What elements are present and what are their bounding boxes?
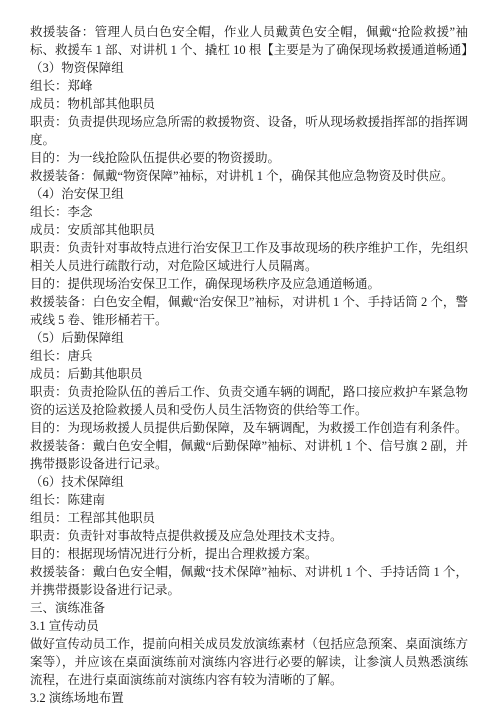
field-group-leader: 组长：郑峰 — [30, 77, 468, 95]
group-heading-material-support: （3）物资保障组 — [30, 59, 468, 77]
field-purpose: 目的：根据现场情况进行分析，提出合理救援方案。 — [30, 545, 468, 563]
field-duties: 职责：负责针对事故特点提供救援及应急处理技术支持。 — [30, 527, 468, 545]
group-heading-logistics: （5）后勤保障组 — [30, 329, 468, 347]
field-purpose: 目的：提供现场治安保卫工作，确保现场秩序及应急通道畅通。 — [30, 275, 468, 293]
field-rescue-equipment: 救援装备：佩戴“物资保障”袖标，对讲机 1 个，确保其他应急物资及时供应。 — [30, 167, 468, 185]
paragraph-publicity-body: 做好宣传动员工作，提前向相关成员发放演练素材（包括应急预案、桌面演练方案等），并… — [30, 635, 468, 689]
field-group-leader: 组长：唐兵 — [30, 347, 468, 365]
field-duties: 职责：负责针对事故特点进行治安保卫工作及事故现场的秩序维护工作，先组织相关人员进… — [30, 239, 468, 275]
field-group-members: 成员：物机部其他职员 — [30, 95, 468, 113]
subsection-heading-site-layout: 3.2 演练场地布置 — [30, 689, 468, 707]
group-heading-technical: （6）技术保障组 — [30, 473, 468, 491]
document-page: 救援装备：管理人员白色安全帽，作业人员戴黄色安全帽，佩戴“抢险救援”袖标、救援车… — [0, 0, 494, 725]
field-duties: 职责：负责提供现场应急所需的救援物资、设备，听从现场救援指挥部的指挥调度。 — [30, 113, 468, 149]
field-rescue-equipment: 救援装备：白色安全帽，佩戴“治安保卫”袖标，对讲机 1 个、手持话筒 2 个，警… — [30, 293, 468, 329]
field-rescue-equipment: 救援装备：戴白色安全帽，佩戴“技术保障”袖标、对讲机 1 个、手持话筒 1 个，… — [30, 563, 468, 599]
field-group-leader: 组长：李念 — [30, 203, 468, 221]
field-group-leader: 组长：陈建南 — [30, 491, 468, 509]
subsection-heading-publicity: 3.1 宣传动员 — [30, 617, 468, 635]
paragraph-rescue-equipment: 救援装备：管理人员白色安全帽，作业人员戴黄色安全帽，佩戴“抢险救援”袖标、救援车… — [30, 23, 468, 59]
field-purpose: 目的：为一线抢险队伍提供必要的物资援助。 — [30, 149, 468, 167]
field-group-members: 组员：工程部其他职员 — [30, 509, 468, 527]
field-group-members: 成员：安质部其他职员 — [30, 221, 468, 239]
field-rescue-equipment: 救援装备：戴白色安全帽，佩戴“后勤保障”袖标、对讲机 1 个、信号旗 2 副，并… — [30, 437, 468, 473]
group-heading-security: （4）治安保卫组 — [30, 185, 468, 203]
field-duties: 职责：负责抢险队伍的善后工作、负责交通车辆的调配，路口接应救护车紧急物资的运送及… — [30, 383, 468, 419]
field-group-members: 成员：后勤其他职员 — [30, 365, 468, 383]
section-heading-drill-preparation: 三、演练准备 — [30, 599, 468, 617]
field-purpose: 目的：为现场救援人员提供后勤保障，及车辆调配，为救援工作创造有利条件。 — [30, 419, 468, 437]
